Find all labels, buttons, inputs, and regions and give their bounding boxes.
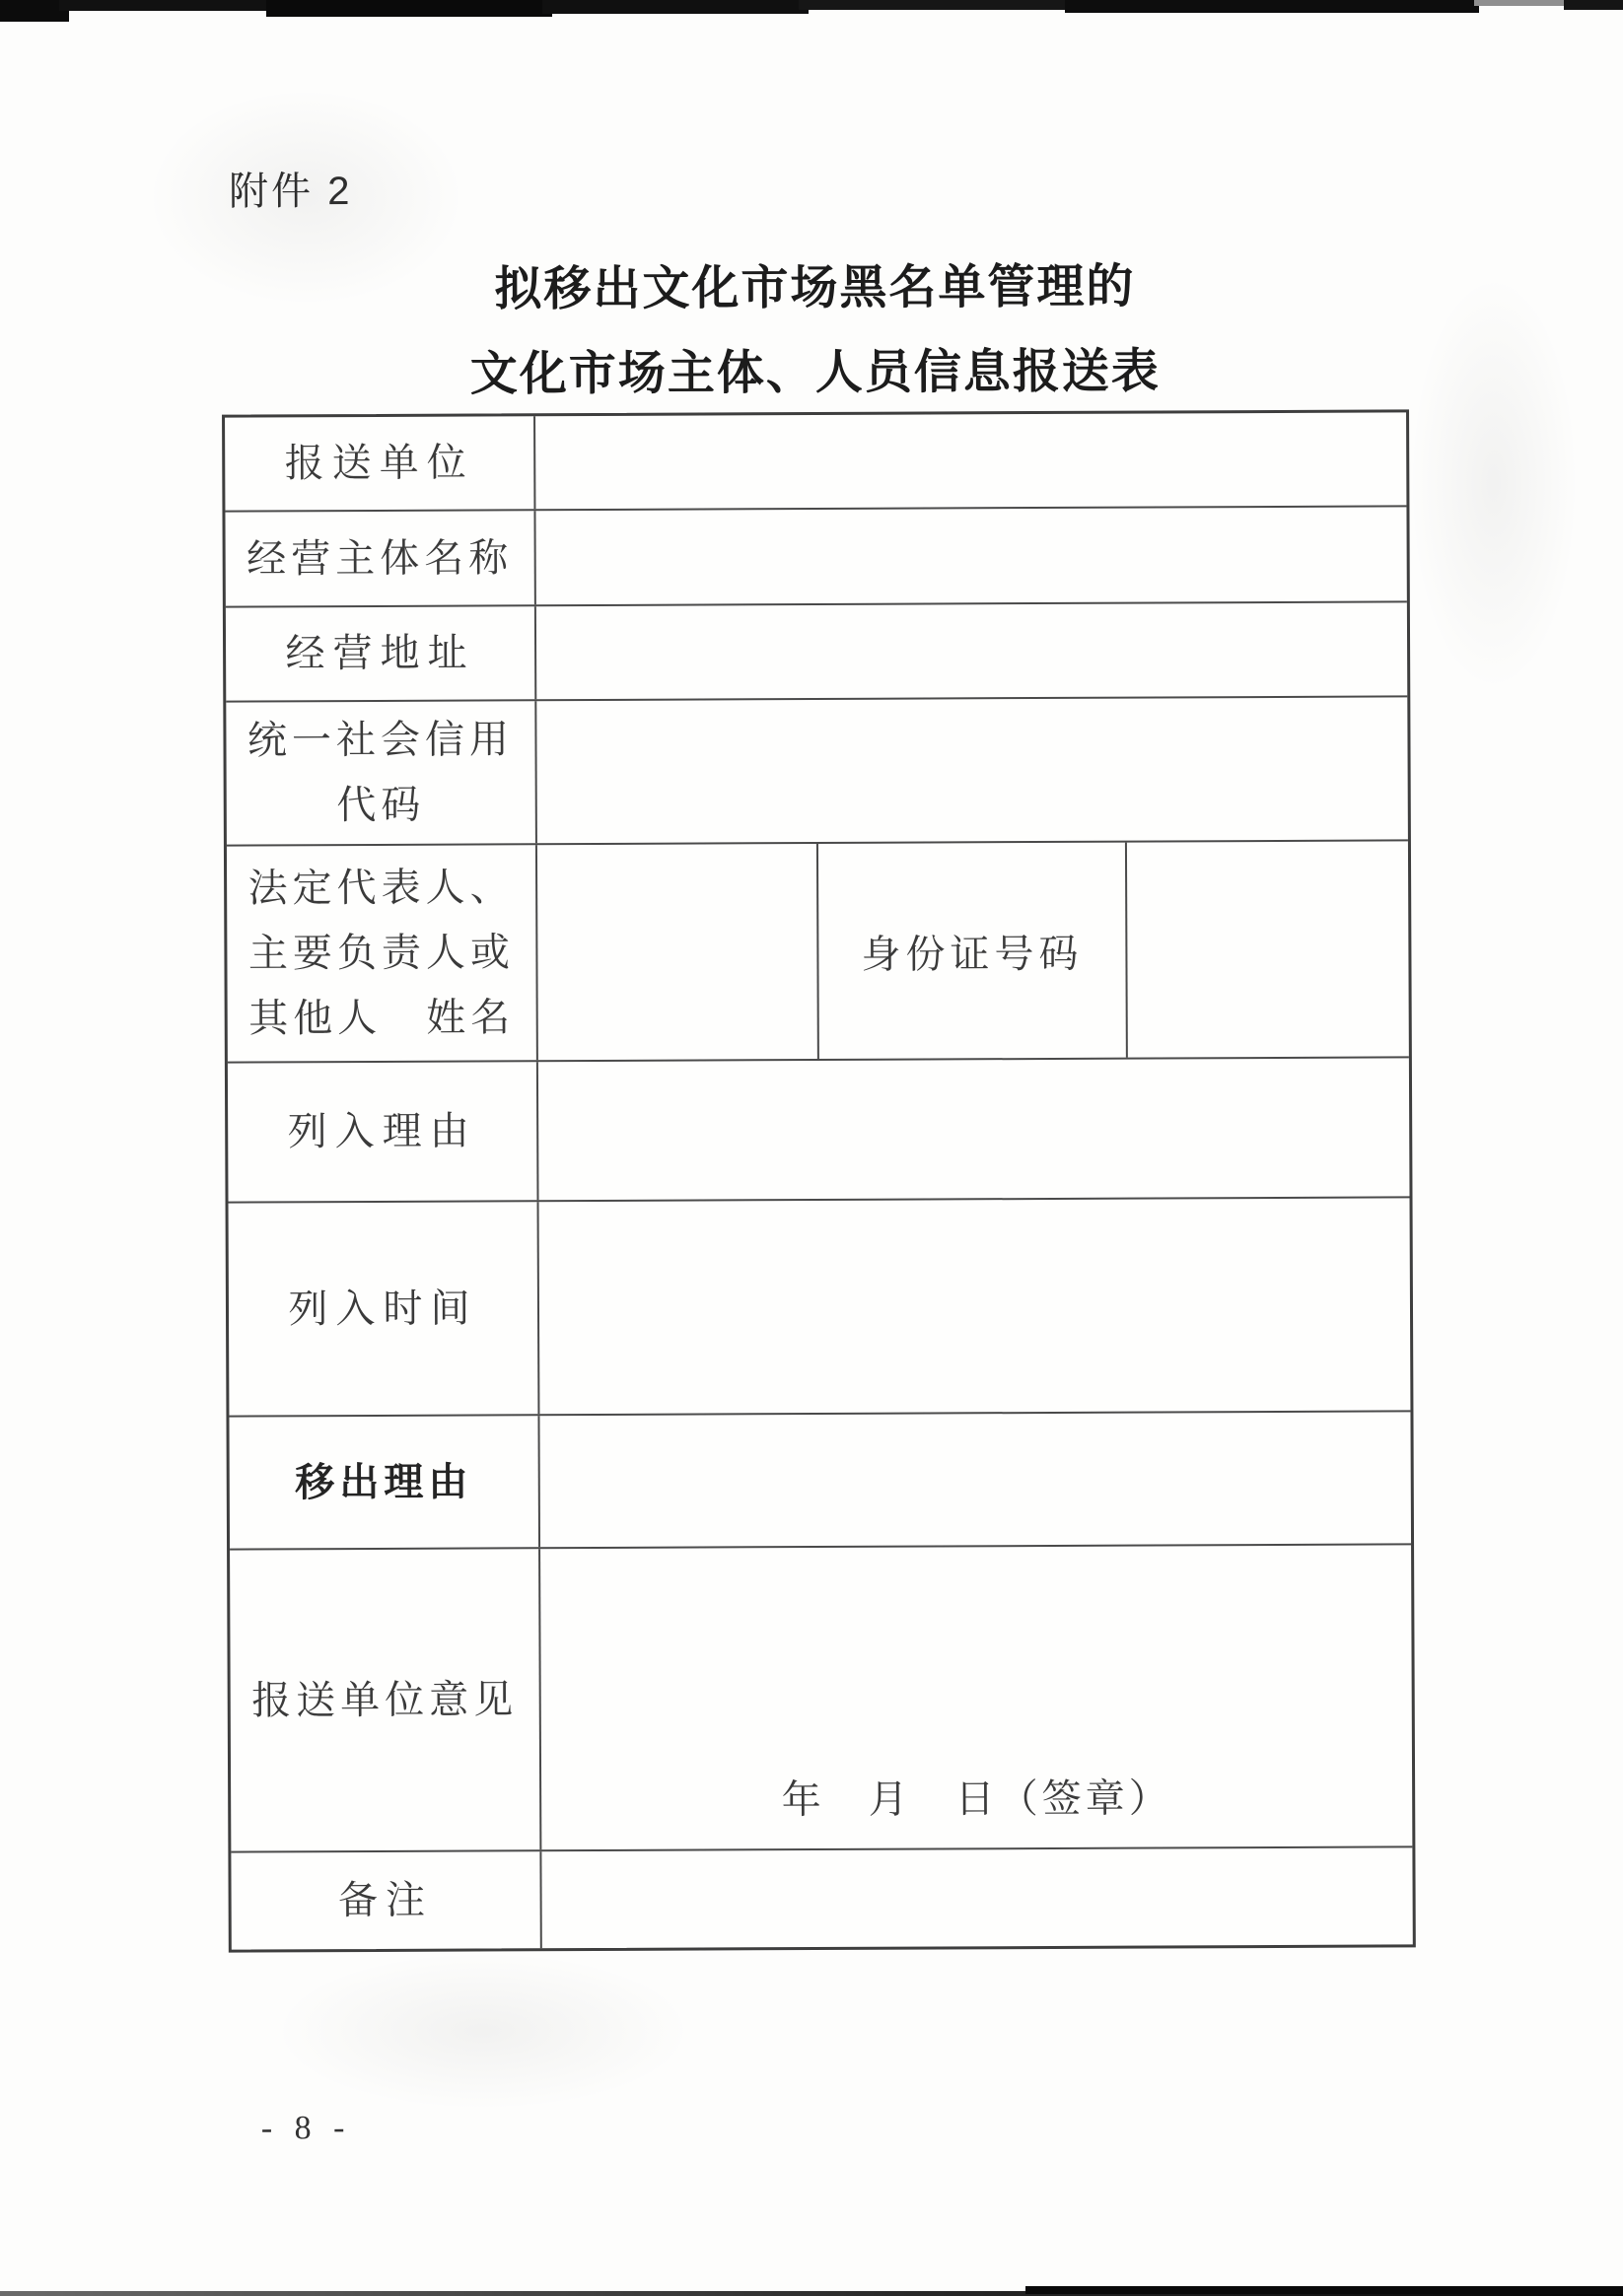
scan-artifact-segment (1564, 0, 1623, 10)
id-number-label-cell: 身份证号码 (818, 843, 1128, 1059)
row-label: 列入时间 (288, 1276, 477, 1342)
page-number: - 8 - (228, 2110, 386, 2148)
row-label-cell: 报送单位 (225, 416, 535, 510)
row-label-cell: 移出理由 (229, 1416, 540, 1548)
table-row-business-address: 经营地址 (226, 602, 1407, 702)
row-label-cell: 报送单位意见 (230, 1549, 541, 1850)
row-label-line: 法定代表人、 (247, 855, 514, 921)
row-label-cell: 经营地址 (226, 606, 536, 700)
row-label-line: 主要负责人或 (248, 920, 515, 986)
scan-artifact-segment (799, 0, 1075, 10)
report-unit-value-cell (535, 412, 1406, 509)
row-label-line: 统一社会信用 (247, 707, 514, 773)
row-label: 报送单位意见 (251, 1667, 518, 1733)
row-label-cell: 备注 (231, 1851, 541, 1949)
remarks-value-cell (541, 1847, 1412, 1948)
table-row-unit-opinion: 报送单位意见 年 月 日（签章） (230, 1545, 1412, 1852)
scan-artifact-top-edge (0, 0, 1623, 26)
row-label: 报送单位 (285, 431, 474, 497)
table-row-legal-representative: 法定代表人、 主要负责人或 其他人 姓名 身份证号码 (227, 841, 1409, 1063)
row-label-cell: 列入时间 (229, 1202, 540, 1415)
id-number-label: 身份证号码 (861, 922, 1083, 979)
table-row-remarks: 备注 (231, 1847, 1412, 1949)
row-label-line: 其他人 姓名 (248, 985, 515, 1051)
date-seal-line: 年 月 日（签章） (541, 1766, 1412, 1826)
row-label-cell: 法定代表人、 主要负责人或 其他人 姓名 (227, 845, 538, 1061)
inclusion-time-value-cell (539, 1198, 1411, 1414)
title-line-2: 文化市场主体、人员信息报送表 (222, 346, 1409, 400)
table-row-inclusion-time: 列入时间 (229, 1198, 1411, 1417)
row-label-cell: 统一社会信用 代码 (226, 701, 537, 844)
table-row-report-unit: 报送单位 (225, 412, 1406, 512)
scan-artifact-bottom-edge (0, 2282, 1623, 2296)
document-title: 拟移出文化市场黑名单管理的 文化市场主体、人员信息报送表 (221, 261, 1409, 400)
scan-artifact-segment (1025, 2286, 1623, 2294)
row-label-line: 代码 (336, 773, 425, 838)
row-label: 列入理由 (288, 1099, 477, 1165)
row-label: 经营地址 (285, 621, 474, 687)
inclusion-reason-value-cell (538, 1058, 1410, 1200)
table-row-removal-reason: 移出理由 (229, 1412, 1411, 1550)
entity-name-value-cell (535, 507, 1406, 604)
table-row-entity-name: 经营主体名称 (225, 507, 1406, 607)
scan-artifact-segment (542, 0, 809, 14)
scanned-page: 附件 2 拟移出文化市场黑名单管理的 文化市场主体、人员信息报送表 报送单位 经… (0, 0, 1623, 2296)
credit-code-value-cell (536, 697, 1408, 843)
document-sheet: 附件 2 拟移出文化市场黑名单管理的 文化市场主体、人员信息报送表 报送单位 经… (0, 0, 1623, 2296)
table-row-inclusion-reason: 列入理由 (228, 1058, 1410, 1203)
id-number-value-cell (1127, 841, 1409, 1057)
row-label: 经营主体名称 (247, 525, 513, 591)
row-label-cell: 列入理由 (228, 1062, 539, 1201)
info-form-table: 报送单位 经营主体名称 经营地址 (222, 409, 1416, 1952)
row-label-cell: 经营主体名称 (225, 511, 535, 605)
scan-artifact-segment (1065, 0, 1479, 13)
title-line-1: 拟移出文化市场黑名单管理的 (221, 261, 1408, 315)
representative-name-value-cell (537, 844, 819, 1060)
scan-artifact-segment (266, 0, 552, 17)
unit-opinion-value-cell: 年 月 日（签章） (540, 1545, 1412, 1849)
table-row-credit-code: 统一社会信用 代码 (226, 697, 1408, 846)
removal-reason-value-cell (539, 1412, 1411, 1547)
attachment-label: 附件 2 (229, 160, 353, 217)
business-address-value-cell (536, 602, 1407, 699)
scan-artifact-segment (59, 0, 276, 11)
row-label: 备注 (338, 1868, 433, 1933)
scan-artifact-segment (1474, 0, 1568, 6)
row-label: 移出理由 (295, 1449, 472, 1515)
